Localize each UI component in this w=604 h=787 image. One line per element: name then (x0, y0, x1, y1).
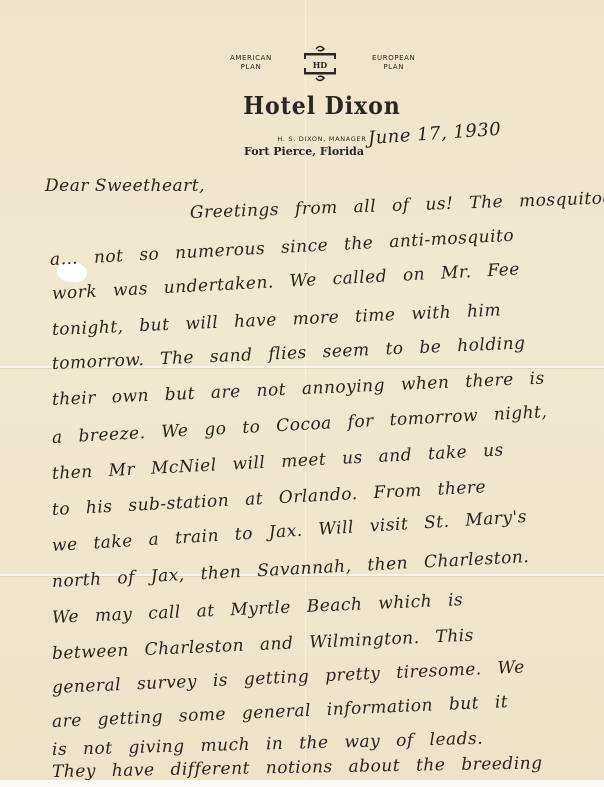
letter-line: tonight, but will have more time with hi… (52, 300, 502, 340)
letter-line: north of Jax, then Savannah, then Charle… (51, 547, 529, 592)
letter-paper: AMERICAN PLAN HD EUROPEAN PLAN Hotel Dix… (0, 0, 604, 780)
letter-line: Greetings from all of us! The mosquitoes (190, 188, 604, 223)
letter-line: then Mr McNiel will meet us and take us (51, 440, 504, 484)
svg-text:HD: HD (313, 60, 328, 70)
hotel-name: Hotel Dixon (230, 91, 414, 120)
plan-line: PLAN (372, 63, 415, 72)
plan-line: AMERICAN (230, 54, 272, 63)
city-line: Fort Pierce, Florida (244, 145, 364, 158)
european-plan-label: EUROPEAN PLAN (372, 54, 415, 72)
plan-line: PLAN (230, 63, 272, 72)
letter-date: June 17, 1930 (367, 119, 502, 149)
letter-line: We may call at Myrtle Beach which is (52, 590, 464, 628)
american-plan-label: AMERICAN PLAN (230, 54, 272, 72)
letter-line: general survey is getting pretty tiresom… (52, 657, 526, 698)
plan-line: EUROPEAN (372, 54, 415, 63)
monogram-icon: HD (302, 45, 338, 83)
letter-line: are getting some general information but… (52, 692, 509, 732)
scan-edge (0, 780, 604, 787)
salutation: Dear Sweetheart, (45, 176, 205, 196)
letter-line: between Charleston and Wilmington. This (52, 626, 475, 664)
letter-line: their own but are not annoying when ther… (52, 368, 546, 409)
